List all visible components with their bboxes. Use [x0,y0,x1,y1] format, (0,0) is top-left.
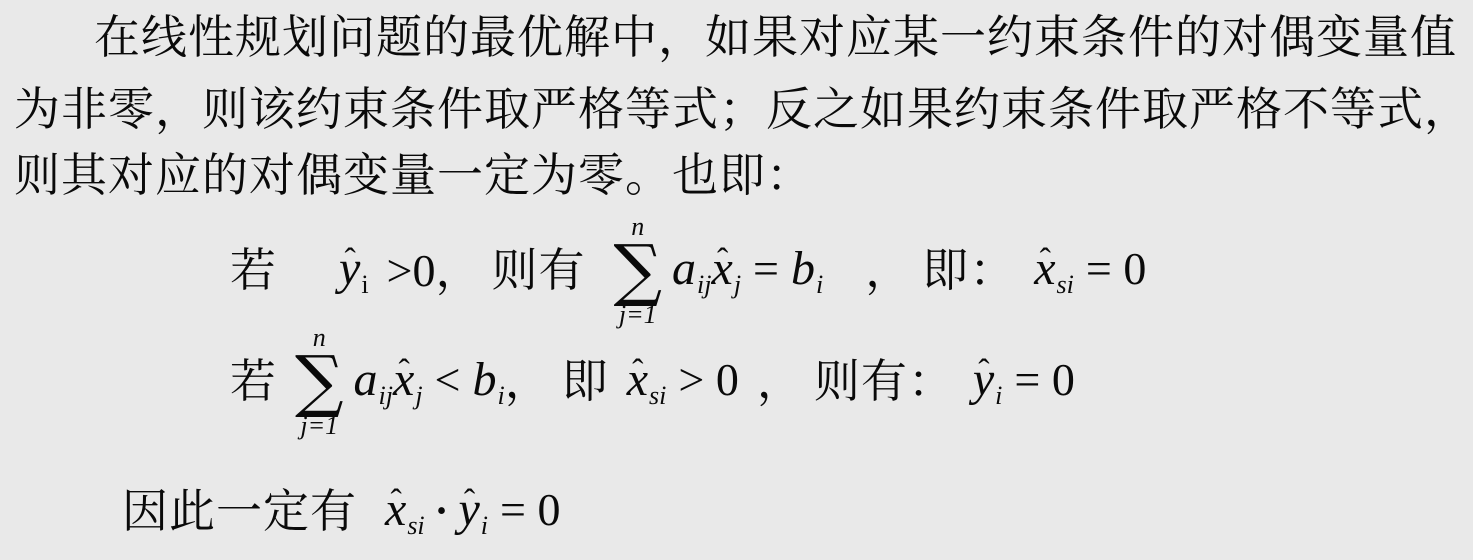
formula2-comma: ， [505,357,552,408]
conclusion-row: 因此一定有 xˆsi • yˆi= 0 [122,474,560,550]
formula1-equals-sign: = [753,243,779,294]
formula1-xs-subscript: si [1057,270,1074,299]
summation-lower-limit: j=1 [300,413,338,439]
conclusion-equals-zero: = 0 [500,484,560,535]
document-page: 在线性规划问题的最优解中，如果对应某一约束条件的对偶变量值 为非零，则该约束条件… [0,0,1473,560]
formula1-b-base: b [791,242,815,295]
hat-accent-icon: ˆ [717,244,728,278]
sigma-icon: ∑ [614,240,663,303]
formula1-equals-zero: = 0 [1086,243,1146,294]
formula2-xs-hat-variable: xˆ [627,354,648,407]
formula2-x-subscript: j [415,381,422,410]
hat-accent-icon: ˆ [344,244,355,278]
formula2-comma-2: ， [757,357,804,408]
formula1-then-label: 则有 [492,246,586,297]
formula2-greater-zero: > 0 [678,354,738,405]
summation-symbol: n ∑ j=1 [295,325,344,440]
hat-accent-icon: ˆ [978,355,989,389]
formula-row-2: 若 n ∑ j=1 aijxˆj<bi ， 即 xˆsi> 0 ， 则有： yˆ… [230,316,1075,448]
formula2-then-label: 则有： [814,357,955,408]
formula1-x-subscript: j [734,270,741,299]
formula1-a-subscript: ij [697,270,711,299]
formula1-y-subscript: i [361,270,368,299]
formula1-namely-label: 即： [922,246,1016,297]
formula2-xs-subscript: si [649,381,666,410]
formula2-sum-body: aijxˆj<bi [354,354,505,411]
hat-accent-icon: ˆ [632,355,643,389]
formula2-equals-zero: = 0 [1014,354,1074,405]
formula2-a-subscript: ij [379,381,393,410]
sigma-icon: ∑ [295,351,344,414]
hat-accent-icon: ˆ [398,355,409,389]
formula2-b-subscript: i [498,381,505,410]
formula1-if-label: 若 [230,246,277,297]
formula2-namely-label: 即 [562,357,609,408]
formula1-sum-body: aijxˆj=bi [672,243,823,300]
formula2-y-hat-variable: yˆ [973,354,994,407]
conclusion-xs-hat-variable: xˆsi [385,484,425,541]
paragraph-line-2: 为非零，则该约束条件取严格等式；反之如果约束条件取严格不等式， [14,84,1471,137]
conclusion-y-hat-variable: yˆi= 0 [458,484,560,541]
formula2-b-base: b [473,353,497,406]
formula1-b-subscript: i [816,270,823,299]
formula1-slack-zero: xˆsi= 0 [1034,243,1146,300]
formula2-less-sign: < [435,354,461,405]
multiplication-dot-icon: • [437,497,447,528]
conclusion-y-subscript: i [481,511,488,540]
formula1-relation: >0， [387,246,482,297]
formula1-x-hat-variable: xˆ [712,243,733,296]
conclusion-xs-subscript: si [407,511,424,540]
formula2-a-base: a [354,353,378,406]
paragraph-line-1: 在线性规划问题的最优解中，如果对应某一约束条件的对偶变量值 [94,12,1457,65]
formula1-comma: ， [865,246,912,297]
hat-accent-icon: ˆ [1040,244,1051,278]
paragraph-line-3: 则其对应的对偶变量一定为零。也即： [14,150,813,203]
formula2-x-hat-variable: xˆ [393,354,414,407]
formula1-xs-hat-variable: xˆ [1034,243,1055,296]
formula1-y-hat-variable: yˆi [339,243,369,300]
formula2-y-subscript: i [995,381,1002,410]
formula2-if-label: 若 [230,357,277,408]
summation-symbol: n ∑ j=1 [614,214,663,329]
hat-accent-icon: ˆ [390,485,401,519]
formula2-slack-positive: xˆsi> 0 [627,354,739,411]
conclusion-prefix: 因此一定有 [122,487,357,538]
formula1-a-base: a [672,242,696,295]
hat-accent-icon: ˆ [464,485,475,519]
formula2-dual-zero: yˆi= 0 [973,354,1075,411]
